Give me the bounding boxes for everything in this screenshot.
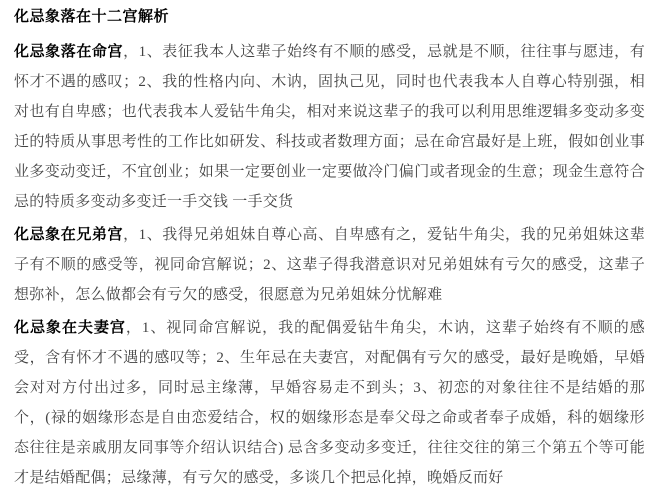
section-paragraph: 化忌象在兄弟宫，1、我得兄弟姐妹自尊心高、自卑感有之，爱钻牛角尖，我的兄弟姐妹这… xyxy=(14,220,645,310)
section-heading: 化忌象在兄弟宫 xyxy=(14,227,123,243)
document-page: 化忌象落在十二宫解析 化忌象落在命宫，1、表征我本人这辈子始终有不顺的感受，忌就… xyxy=(0,0,659,500)
section-heading: 化忌象落在命宫 xyxy=(14,44,123,60)
section-heading: 化忌象在夫妻宫 xyxy=(14,320,126,336)
section-paragraph: 化忌象在夫妻宫，1、视同命宫解说，我的配偶爱钻牛角尖，木讷，这辈子始终有不顺的感… xyxy=(14,313,645,493)
section-body: ，1、视同命宫解说，我的配偶爱钻牛角尖，木讷，这辈子始终有不顺的感受，含有怀才不… xyxy=(14,320,645,486)
document-title: 化忌象落在十二宫解析 xyxy=(14,6,645,28)
section-body: ，1、表征我本人这辈子始终有不顺的感受，忌就是不顺，往往事与愿违，有怀才不遇的感… xyxy=(14,44,645,210)
section-paragraph: 化忌象落在命宫，1、表征我本人这辈子始终有不顺的感受，忌就是不顺，往往事与愿违，… xyxy=(14,37,645,217)
